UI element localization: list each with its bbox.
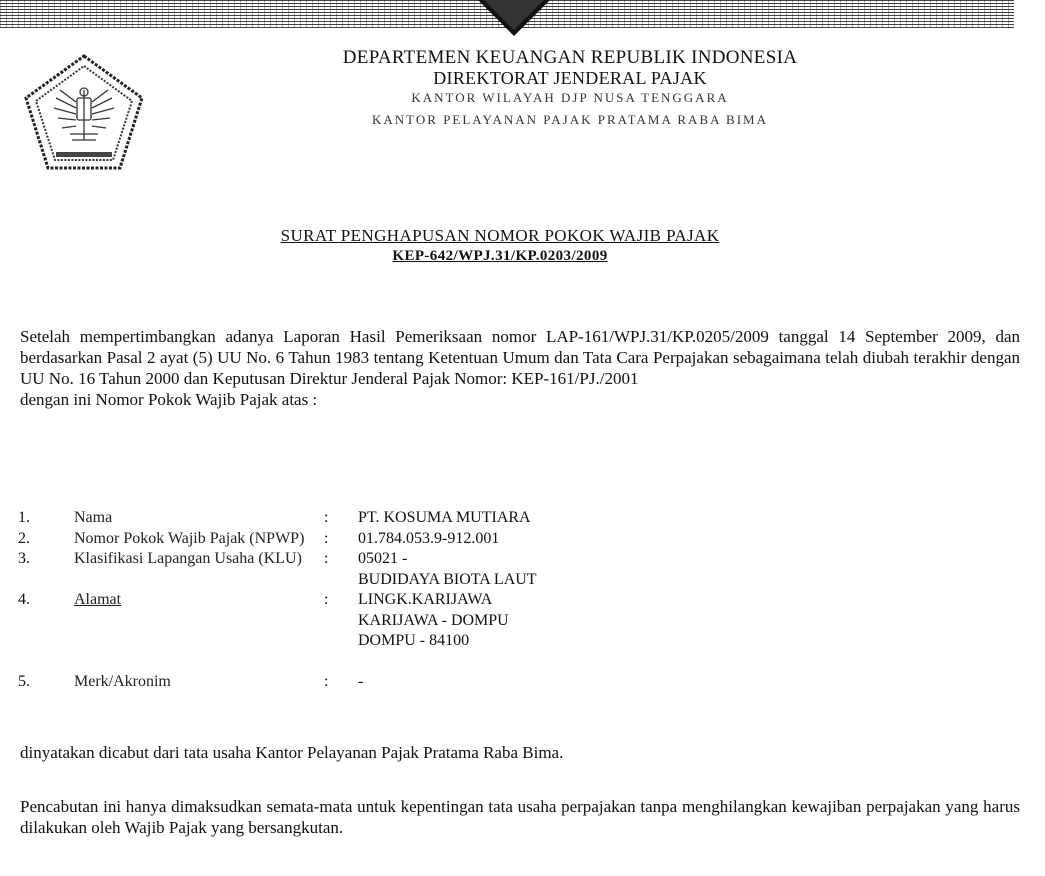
preamble-text: Setelah mempertimbangkan adanya Laporan … [20,326,1020,389]
field-value: 05021 - BUDIDAYA BIOTA LAUT [358,549,918,590]
field-value: PT. KOSUMA MUTIARA [358,508,918,529]
field-label: Klasifikasi Lapangan Usaha (KLU) [74,549,324,590]
letterhead: DEPARTEMEN KEUANGAN REPUBLIK INDONESIA D… [250,48,890,130]
address-line-3: DOMPU - 84100 [358,631,918,652]
npwp-number: 01.784.053.9-912.001 [358,529,918,550]
document-title: SURAT PENGHAPUSAN NOMOR POKOK WAJIB PAJA… [100,226,900,266]
field-number: 3. [18,549,74,590]
klu-description: BUDIDAYA BIOTA LAUT [358,570,918,591]
preamble-last-line: dengan ini Nomor Pokok Wajib Pajak atas … [20,389,1020,410]
field-value: - [358,672,918,693]
directorate-name: DIREKTORAT JENDERAL PAJAK [250,68,890,88]
field-colon: : [324,508,358,529]
address-line-1: LINGK.KARIJAWA [358,590,918,611]
field-value: LINGK.KARIJAWA KARIJAWA - DOMPU DOMPU - … [358,590,918,652]
ministry-emblem-icon [20,52,148,174]
field-label: Merk/Akronim [74,672,324,693]
field-row-name: 1. Nama : PT. KOSUMA MUTIARA [18,508,918,529]
field-number: 5. [18,672,74,693]
field-colon: : [324,590,358,652]
spacer [18,652,918,672]
field-colon: : [324,549,358,590]
taxpayer-name: PT. KOSUMA MUTIARA [358,508,918,529]
decree-number: KEP-642/WPJ.31/KP.0203/2009 [100,246,900,266]
field-colon: : [324,672,358,693]
field-colon: : [324,529,358,550]
field-label: Nama [74,508,324,529]
department-name: DEPARTEMEN KEUANGAN REPUBLIK INDONESIA [250,48,890,68]
klu-code: 05021 - [358,549,918,570]
field-label: Alamat [74,590,324,652]
taxpayer-fields: 1. Nama : PT. KOSUMA MUTIARA 2. Nomor Po… [18,508,918,692]
field-value: 01.784.053.9-912.001 [358,529,918,550]
field-row-address: 4. Alamat : LINGK.KARIJAWA KARIJAWA - DO… [18,590,918,652]
banner-notch-inner [484,0,544,30]
tax-office-name: KANTOR PELAYANAN PAJAK PRATAMA RABA BIMA [250,110,890,130]
conclusion-paragraph: dinyatakan dicabut dari tata usaha Kanto… [20,742,1020,763]
field-label: Nomor Pokok Wajib Pajak (NPWP) [74,529,324,550]
field-row-acronym: 5. Merk/Akronim : - [18,672,918,693]
preamble-paragraph: Setelah mempertimbangkan adanya Laporan … [20,326,1020,410]
field-number: 4. [18,590,74,652]
regional-office-name: KANTOR WILAYAH DJP NUSA TENGGARA [250,88,890,108]
field-row-npwp: 2. Nomor Pokok Wajib Pajak (NPWP) : 01.7… [18,529,918,550]
field-row-klu: 3. Klasifikasi Lapangan Usaha (KLU) : 05… [18,549,918,590]
field-number: 1. [18,508,74,529]
address-line-2: KARIJAWA - DOMPU [358,611,918,632]
acronym-value: - [358,672,918,693]
field-number: 2. [18,529,74,550]
note-paragraph: Pencabutan ini hanya dimaksudkan semata-… [20,796,1020,838]
document-heading: SURAT PENGHAPUSAN NOMOR POKOK WAJIB PAJA… [100,226,900,246]
